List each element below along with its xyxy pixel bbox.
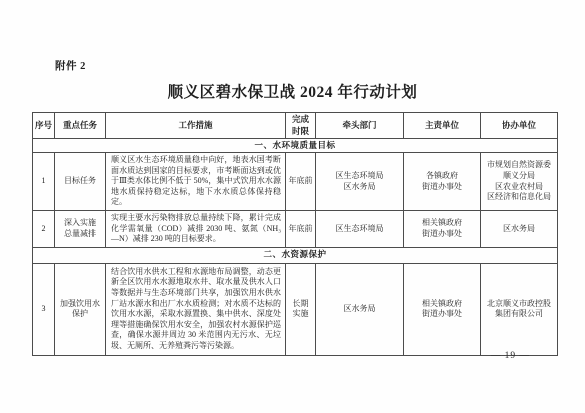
cell-deadline: 年底前 (286, 210, 316, 247)
header-assisting-unit: 协办单位 (481, 113, 558, 139)
cell-assisting-unit: 市规划自然资源委 顺义分局 区农业农村局 区经济和信息化局 (481, 153, 558, 211)
action-plan-table: 序号 重点任务 工作措施 完成 时限 牵头部门 主责单位 协办单位 一、水环境质… (32, 112, 558, 356)
table-row: 1 目标任务 顺义区水生态环境质量稳中向好，地表水国考断面水质达到国家的目标要求… (33, 153, 558, 211)
table-row: 2 深入实施 总量减排 实现主要水污染物排放总量持续下降，累计完成化学需氧量（C… (33, 210, 558, 247)
cell-deadline: 年底前 (286, 153, 316, 211)
cell-responsible-unit: 相关镇政府 街道办事处 (404, 263, 481, 355)
header-key-task: 重点任务 (55, 113, 106, 139)
section-title-water-quality: 一、水环境质量目标 (33, 139, 558, 153)
cell-task: 目标任务 (55, 153, 106, 211)
header-work-measures: 工作措施 (106, 113, 286, 139)
cell-assisting-unit: 区水务局 (481, 210, 558, 247)
cell-lead-department: 区水务局 (316, 263, 404, 355)
page-number: — 19 — (491, 351, 530, 361)
cell-responsible-unit: 各镇政府 街道办事处 (404, 153, 481, 211)
document-title: 顺义区碧水保卫战 2024 年行动计划 (0, 80, 585, 102)
cell-serial: 3 (33, 263, 55, 355)
cell-assisting-unit: 北京顺义市政控股 集团有限公司 (481, 263, 558, 355)
cell-measures: 实现主要水污染物排放总量持续下降，累计完成化学需氧量（COD）减排 2030 吨… (106, 210, 286, 247)
header-responsible-unit: 主责单位 (404, 113, 481, 139)
header-serial-number: 序号 (33, 113, 55, 139)
attachment-label: 附件 2 (55, 58, 86, 73)
section-row-water-quality: 一、水环境质量目标 (33, 139, 558, 153)
table-row: 3 加强饮用水 保护 结合饮用水供水工程和水源地布局调整，动态更新全区饮用水水源… (33, 263, 558, 355)
cell-lead-department: 区生态环境局 (316, 210, 404, 247)
table-header-row: 序号 重点任务 工作措施 完成 时限 牵头部门 主责单位 协办单位 (33, 113, 558, 139)
cell-measures: 结合饮用水供水工程和水源地布局调整，动态更新全区饮用水水源地取水井、取水量及供水… (106, 263, 286, 355)
cell-task: 深入实施 总量减排 (55, 210, 106, 247)
cell-responsible-unit: 相关镇政府 街道办事处 (404, 210, 481, 247)
cell-measures: 顺义区水生态环境质量稳中向好，地表水国考断面水质达到国家的目标要求，市考断面达到… (106, 153, 286, 211)
cell-task: 加强饮用水 保护 (55, 263, 106, 355)
cell-lead-department: 区生态环境局 区水务局 (316, 153, 404, 211)
header-lead-department: 牵头部门 (316, 113, 404, 139)
cell-serial: 2 (33, 210, 55, 247)
cell-serial: 1 (33, 153, 55, 211)
cell-deadline: 长期 实施 (286, 263, 316, 355)
header-deadline: 完成 时限 (286, 113, 316, 139)
section-title-water-resources: 二、水资源保护 (33, 247, 558, 263)
section-row-water-resources: 二、水资源保护 (33, 247, 558, 263)
document-page: 附件 2 顺义区碧水保卫战 2024 年行动计划 序号 重点任务 工作措施 完成… (0, 0, 585, 413)
